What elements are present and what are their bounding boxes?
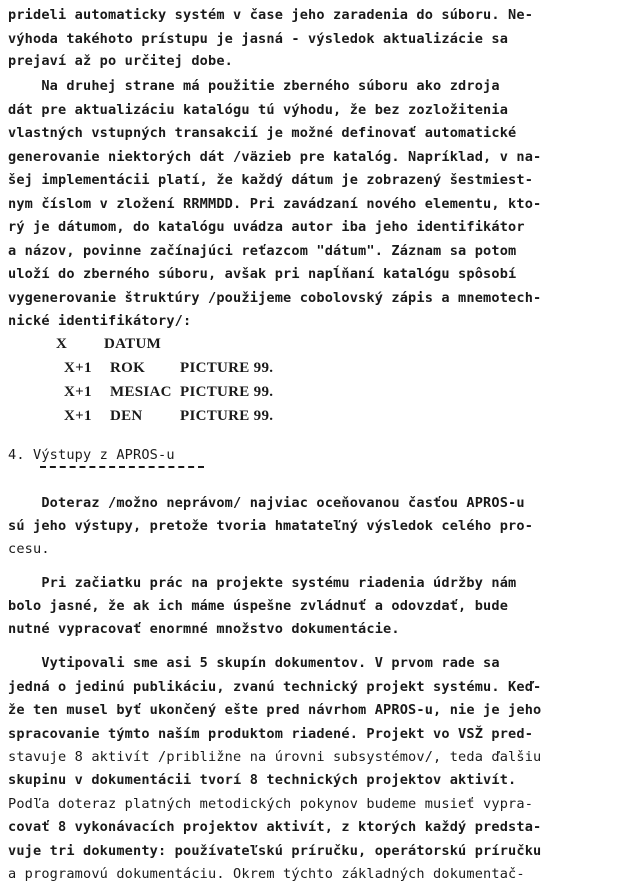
text-line: generovanie niektorých dát /väzieb pre k… <box>8 148 541 166</box>
text-line: vuje tri dokumenty: používateľskú príruč… <box>8 842 541 860</box>
code-picture: PICTURE 99. <box>180 407 273 425</box>
code-picture: PICTURE 99. <box>180 359 273 377</box>
code-level: X <box>56 335 67 353</box>
text-line: Pri začiatku prác na projekte systému ri… <box>8 574 516 592</box>
text-line: dát pre aktualizáciu katalógu tú výhodu,… <box>8 101 508 119</box>
code-picture: PICTURE 99. <box>180 383 273 401</box>
text-line: bolo jasné, že ak ich máme úspešne zvlád… <box>8 597 508 615</box>
text-line: Doteraz /možno neprávom/ najviac oceňova… <box>8 494 525 512</box>
text-line: skupinu v dokumentácii tvorí 8 technický… <box>8 771 516 789</box>
code-level: X+1 <box>64 407 92 425</box>
code-name: DEN <box>110 407 143 425</box>
text-line: nym číslom v zložení RRMMDD. Pri zavádza… <box>8 195 541 213</box>
code-name: DATUM <box>104 335 161 353</box>
section-heading: 4. Výstupy z APROS-u <box>8 446 175 464</box>
text-line: nutné vypracovať enormné množstvo dokume… <box>8 620 400 638</box>
text-line: že ten musel byť ukončený ešte pred návr… <box>8 701 541 719</box>
text-line: šej implementácii platí, že každý dátum … <box>8 171 533 189</box>
text-line: a názov, povinne začínajúci reťazcom "dá… <box>8 242 516 260</box>
heading-underline <box>40 466 204 470</box>
text-line: prejaví až po určitej dobe. <box>8 52 233 70</box>
text-line: uloží do zberného súboru, avšak pri napĺ… <box>8 265 516 283</box>
code-level: X+1 <box>64 359 92 377</box>
text-line: sú jeho výstupy, pretože tvoria hmatateľ… <box>8 517 533 535</box>
text-line: stavuje 8 aktivít /približne na úrovni s… <box>8 748 541 766</box>
text-line: výhoda takéhoto prístupu je jasná - výsl… <box>8 30 508 48</box>
code-name: MESIAC <box>110 383 172 401</box>
text-line: Podľa doteraz platných metodických pokyn… <box>8 795 533 813</box>
text-line: prideli automaticky systém v čase jeho z… <box>8 6 533 24</box>
text-line: Vytipovali sme asi 5 skupín dokumentov. … <box>8 654 500 672</box>
text-line: Na druhej strane má použitie zberného sú… <box>8 77 500 95</box>
typewritten-page: prideli automaticky systém v čase jeho z… <box>0 0 636 884</box>
code-level: X+1 <box>64 383 92 401</box>
text-line: jedná o jedinú publikáciu, zvanú technic… <box>8 678 541 696</box>
text-line: spracovanie týmto naším produktom riaden… <box>8 725 533 743</box>
text-line: vlastných vstupných transakcií je možné … <box>8 124 516 142</box>
text-line: a programovú dokumentáciu. Okrem týchto … <box>8 865 525 883</box>
code-name: ROK <box>110 359 145 377</box>
text-line: rý je dátumom, do katalógu uvádza autor … <box>8 218 525 236</box>
text-line: nické identifikátory/: <box>8 312 191 330</box>
text-line: covať 8 vykonávacích projektov aktivít, … <box>8 818 541 836</box>
text-line: vygenerovanie štruktúry /použijeme cobol… <box>8 289 541 307</box>
text-line: cesu. <box>8 540 50 558</box>
